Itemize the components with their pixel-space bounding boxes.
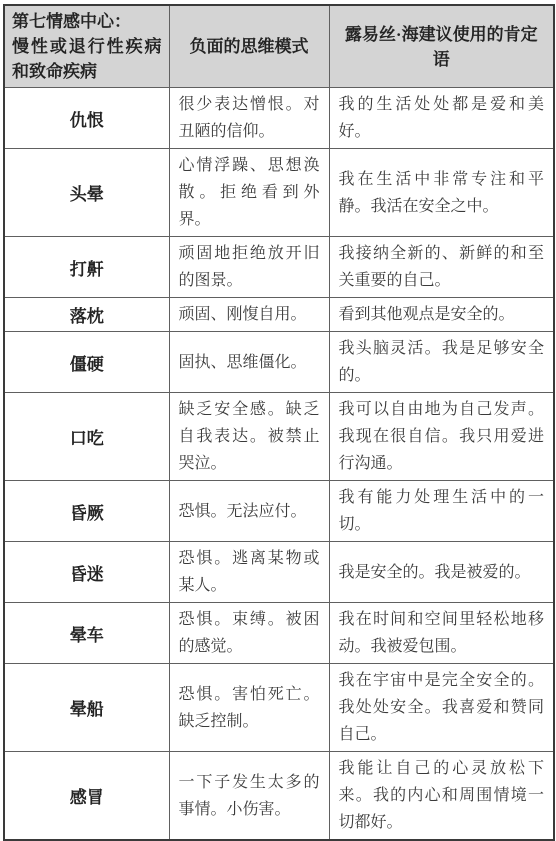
affirmation-cell: 我的生活处处都是爱和美好。 <box>329 88 554 149</box>
condition-cell: 头晕 <box>4 149 169 237</box>
negative-pattern-cell: 顽固地拒绝放开旧的图景。 <box>169 237 329 298</box>
negative-pattern-cell: 恐惧。束缚。被困的感觉。 <box>169 603 329 664</box>
header-row: 第七情感中心： 慢性或退行性疾病和致命疾病 负面的思维模式 露易丝·海建议使用的… <box>4 5 554 88</box>
condition-cell: 昏厥 <box>4 481 169 542</box>
affirmations-table: 第七情感中心： 慢性或退行性疾病和致命疾病 负面的思维模式 露易丝·海建议使用的… <box>3 4 555 841</box>
column-header-affirmation: 露易丝·海建议使用的肯定语 <box>329 5 554 88</box>
negative-pattern-cell: 恐惧。害怕死亡。缺乏控制。 <box>169 664 329 752</box>
column-header-condition: 第七情感中心： 慢性或退行性疾病和致命疾病 <box>4 5 169 88</box>
affirmation-cell: 我头脑灵活。我是足够安全的。 <box>329 332 554 393</box>
negative-pattern-cell: 缺乏安全感。缺乏自我表达。被禁止哭泣。 <box>169 393 329 481</box>
affirmation-cell: 我在时间和空间里轻松地移动。我被爱包围。 <box>329 603 554 664</box>
affirmation-cell: 我接纳全新的、新鲜的和至关重要的自己。 <box>329 237 554 298</box>
negative-pattern-cell: 恐惧。逃离某物或某人。 <box>169 542 329 603</box>
condition-cell: 僵硬 <box>4 332 169 393</box>
affirmation-cell: 我能让自己的心灵放松下来。我的内心和周围情境一切都好。 <box>329 752 554 841</box>
affirmation-cell: 我可以自由地为自己发声。我现在很自信。我只用爱进行沟通。 <box>329 393 554 481</box>
table-row: 晕船 恐惧。害怕死亡。缺乏控制。 我在宇宙中是完全安全的。我处处安全。我喜爱和赞… <box>4 664 554 752</box>
negative-pattern-cell: 顽固、刚愎自用。 <box>169 298 329 332</box>
table-row: 头晕 心情浮躁、思想涣散。拒绝看到外界。 我在生活中非常专注和平静。我活在安全之… <box>4 149 554 237</box>
table-row: 僵硬 固执、思维僵化。 我头脑灵活。我是足够安全的。 <box>4 332 554 393</box>
table-row: 打鼾 顽固地拒绝放开旧的图景。 我接纳全新的、新鲜的和至关重要的自己。 <box>4 237 554 298</box>
condition-cell: 感冒 <box>4 752 169 841</box>
affirmation-cell: 我在生活中非常专注和平静。我活在安全之中。 <box>329 149 554 237</box>
condition-cell: 仇恨 <box>4 88 169 149</box>
affirmation-cell: 看到其他观点是安全的。 <box>329 298 554 332</box>
affirmation-cell: 我在宇宙中是完全安全的。我处处安全。我喜爱和赞同自己。 <box>329 664 554 752</box>
negative-pattern-cell: 恐惧。无法应付。 <box>169 481 329 542</box>
condition-cell: 晕车 <box>4 603 169 664</box>
table-row: 昏厥 恐惧。无法应付。 我有能力处理生活中的一切。 <box>4 481 554 542</box>
table-row: 感冒 一下子发生太多的事情。小伤害。 我能让自己的心灵放松下来。我的内心和周围情… <box>4 752 554 841</box>
table-row: 落枕 顽固、刚愎自用。 看到其他观点是安全的。 <box>4 298 554 332</box>
condition-cell: 晕船 <box>4 664 169 752</box>
negative-pattern-cell: 一下子发生太多的事情。小伤害。 <box>169 752 329 841</box>
affirmation-cell: 我是安全的。我是被爱的。 <box>329 542 554 603</box>
negative-pattern-cell: 很少表达憎恨。对丑陋的信仰。 <box>169 88 329 149</box>
table-row: 晕车 恐惧。束缚。被困的感觉。 我在时间和空间里轻松地移动。我被爱包围。 <box>4 603 554 664</box>
condition-cell: 落枕 <box>4 298 169 332</box>
table-row: 昏迷 恐惧。逃离某物或某人。 我是安全的。我是被爱的。 <box>4 542 554 603</box>
condition-cell: 打鼾 <box>4 237 169 298</box>
affirmation-cell: 我有能力处理生活中的一切。 <box>329 481 554 542</box>
table-row: 口吃 缺乏安全感。缺乏自我表达。被禁止哭泣。 我可以自由地为自己发声。我现在很自… <box>4 393 554 481</box>
condition-cell: 口吃 <box>4 393 169 481</box>
book-page: 第七情感中心： 慢性或退行性疾病和致命疾病 负面的思维模式 露易丝·海建议使用的… <box>0 0 556 746</box>
negative-pattern-cell: 心情浮躁、思想涣散。拒绝看到外界。 <box>169 149 329 237</box>
table-row: 仇恨 很少表达憎恨。对丑陋的信仰。 我的生活处处都是爱和美好。 <box>4 88 554 149</box>
column-header-negative-pattern: 负面的思维模式 <box>169 5 329 88</box>
negative-pattern-cell: 固执、思维僵化。 <box>169 332 329 393</box>
table-body: 仇恨 很少表达憎恨。对丑陋的信仰。 我的生活处处都是爱和美好。 头晕 心情浮躁、… <box>4 88 554 841</box>
condition-cell: 昏迷 <box>4 542 169 603</box>
